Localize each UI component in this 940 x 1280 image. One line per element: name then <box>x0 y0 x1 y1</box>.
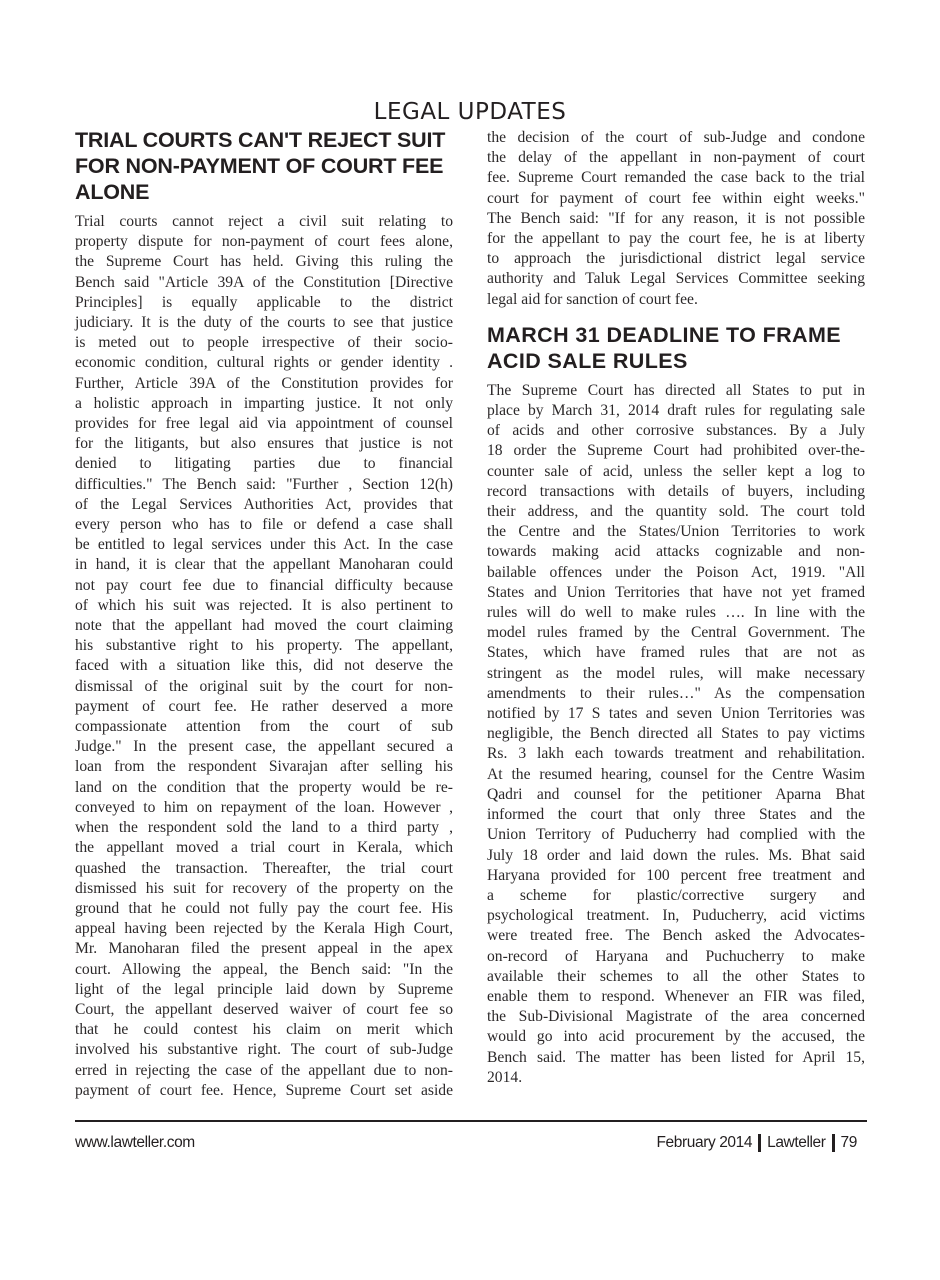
text-line: of which his suit was rejected. It is al… <box>75 596 453 616</box>
text-line: towards making acid attacks cognizable a… <box>487 542 865 562</box>
article-2-headline: MARCH 31 DEADLINE TO FRAME ACID SALE RUL… <box>487 322 865 374</box>
text-line: light of the legal principle laid down b… <box>75 980 453 1000</box>
text-line: counter sale of acid, unless the seller … <box>487 462 865 482</box>
section-title: LEGAL UPDATES <box>0 97 940 127</box>
text-line: land on the condition that the property … <box>75 778 453 798</box>
text-line: model rules framed by the Central Govern… <box>487 623 865 643</box>
text-line: when the respondent sold the land to a t… <box>75 818 453 838</box>
text-line: difficulties." The Bench said: "Further … <box>75 475 453 495</box>
text-line: amendments to their rules…" As the compe… <box>487 684 865 704</box>
headline-line: ACID SALE RULES <box>487 348 865 374</box>
text-line: his substantive right to his property. T… <box>75 636 453 656</box>
text-line: the Supreme Court has held. Giving this … <box>75 252 453 272</box>
text-line: place by March 31, 2014 draft rules for … <box>487 401 865 421</box>
text-line: Qadri and counsel for the petitioner Apa… <box>487 785 865 805</box>
text-line: the Sub-Divisional Magistrate of the are… <box>487 1007 865 1027</box>
text-line: provides for free legal aid via appointm… <box>75 414 453 434</box>
issue-date: February 2014 <box>656 1134 752 1152</box>
text-line: record transactions with details of buye… <box>487 482 865 502</box>
text-line: the decision of the court of sub-Judge a… <box>487 128 865 148</box>
article-2-body: The Supreme Court has directed all State… <box>487 381 865 1088</box>
text-line: a scheme for plastic/corrective surgery … <box>487 886 865 906</box>
text-line: the Centre and the States/Union Territor… <box>487 522 865 542</box>
text-line: bailable offences under the Poison Act, … <box>487 563 865 583</box>
text-line: the delay of the appellant in non-paymen… <box>487 148 865 168</box>
text-line: their address, and the quantity sold. Th… <box>487 502 865 522</box>
footer-separator <box>832 1134 835 1152</box>
text-line: stringent as the model rules, will make … <box>487 664 865 684</box>
text-line: Union Territory of Puducherry had compli… <box>487 825 865 845</box>
text-line: psychological treatment. In, Puducherry,… <box>487 906 865 926</box>
headline-line: MARCH 31 DEADLINE TO FRAME <box>487 322 865 348</box>
text-line: would go into acid procurement by the ac… <box>487 1027 865 1047</box>
text-line: for the appellant to pay the court fee, … <box>487 229 865 249</box>
text-line: Haryana provided for 100 percent free tr… <box>487 866 865 886</box>
text-line: that he could contest his claim on merit… <box>75 1020 453 1040</box>
text-line: fee. Supreme Court remanded the case bac… <box>487 168 865 188</box>
text-line: States, which have framed rules that are… <box>487 643 865 663</box>
article-1-body-continued: the decision of the court of sub-Judge a… <box>487 128 865 310</box>
text-line: available their schemes to all the other… <box>487 967 865 987</box>
text-line: dismissed his suit for recovery of the p… <box>75 879 453 899</box>
text-line: 2014. <box>487 1068 865 1088</box>
text-line: Trial courts cannot reject a civil suit … <box>75 212 453 232</box>
page-footer: www.lawteller.com February 2014 Lawtelle… <box>75 1134 857 1152</box>
text-line: conveyed to him on repayment of the loan… <box>75 798 453 818</box>
text-line: on-record of Haryana and Puchucherry to … <box>487 947 865 967</box>
text-line: in hand, it is clear that the appellant … <box>75 555 453 575</box>
text-line: were treated free. The Bench asked the A… <box>487 926 865 946</box>
text-line: At the resumed hearing, counsel for the … <box>487 765 865 785</box>
text-line: notified by 17 S tates and seven Union T… <box>487 704 865 724</box>
text-line: The Supreme Court has directed all State… <box>487 381 865 401</box>
text-line: Further, Article 39A of the Constitution… <box>75 374 453 394</box>
website-link[interactable]: www.lawteller.com <box>75 1134 195 1152</box>
text-line: negligible, the Bench directed all State… <box>487 724 865 744</box>
text-line: economic condition, cultural rights or g… <box>75 353 453 373</box>
text-line: court for payment of court fee within ei… <box>487 189 865 209</box>
text-line: loan from the respondent Sivarajan after… <box>75 757 453 777</box>
text-line: court. Allowing the appeal, the Bench sa… <box>75 960 453 980</box>
text-line: note that the appellant had moved the co… <box>75 616 453 636</box>
text-line: enable them to respond. Whenever an FIR … <box>487 987 865 1007</box>
text-line: The Bench said: "If for any reason, it i… <box>487 209 865 229</box>
text-line: a holistic approach in imparting justice… <box>75 394 453 414</box>
text-line: for the litigants, but also ensures that… <box>75 434 453 454</box>
text-line: of the Legal Services Authorities Act, p… <box>75 495 453 515</box>
text-line: legal aid for sanction of court fee. <box>487 290 865 310</box>
text-line: faced with a situation like this, did no… <box>75 656 453 676</box>
text-line: informed the court that only three State… <box>487 805 865 825</box>
footer-meta: February 2014 Lawteller 79 <box>656 1134 857 1152</box>
text-line: not pay court fee due to financial diffi… <box>75 576 453 596</box>
article-1-headline: TRIAL COURTS CAN'T REJECT SUIT FOR NON-P… <box>75 127 453 205</box>
text-line: erred in rejecting the case of the appel… <box>75 1061 453 1081</box>
text-line: property dispute for non-payment of cour… <box>75 232 453 252</box>
text-line: compassionate attention from the court o… <box>75 717 453 737</box>
headline-line: TRIAL COURTS CAN'T REJECT SUIT <box>75 127 453 153</box>
left-column: TRIAL COURTS CAN'T REJECT SUIT FOR NON-P… <box>75 127 453 1101</box>
text-line: dismissal of the original suit by the co… <box>75 677 453 697</box>
text-line: Rs. 3 lakh each towards treatment and re… <box>487 744 865 764</box>
text-line: States and Union Territories that have n… <box>487 583 865 603</box>
text-line: authority and Taluk Legal Services Commi… <box>487 269 865 289</box>
text-line: every person who has to file or defend a… <box>75 515 453 535</box>
text-line: denied to litigating parties due to fina… <box>75 454 453 474</box>
text-line: judiciary. It is the duty of the courts … <box>75 313 453 333</box>
text-line: is meted out to people irrespective of t… <box>75 333 453 353</box>
text-line: Judge." In the present case, the appella… <box>75 737 453 757</box>
text-line: be entitled to legal services under this… <box>75 535 453 555</box>
text-line: the appellant moved a trial court in Ker… <box>75 838 453 858</box>
text-line: July 18 order and laid down the rules. M… <box>487 846 865 866</box>
page-number: 79 <box>841 1134 857 1152</box>
text-line: of acids and other corrosive substances.… <box>487 421 865 441</box>
footer-divider <box>75 1120 867 1122</box>
headline-line: ALONE <box>75 179 453 205</box>
text-line: Principles] is equally applicable to the… <box>75 293 453 313</box>
text-line: involved his substantive right. The cour… <box>75 1040 453 1060</box>
text-line: 18 order the Supreme Court had prohibite… <box>487 441 865 461</box>
text-line: payment of court fee. He rather deserved… <box>75 697 453 717</box>
footer-separator <box>758 1134 761 1152</box>
text-line: Court, the appellant deserved waiver of … <box>75 1000 453 1020</box>
headline-line: FOR NON-PAYMENT OF COURT FEE <box>75 153 453 179</box>
text-line: appeal having been rejected by the Keral… <box>75 919 453 939</box>
text-line: to approach the jurisdictional district … <box>487 249 865 269</box>
text-line: rules will do well to make rules …. In l… <box>487 603 865 623</box>
text-line: Bench said "Article 39A of the Constitut… <box>75 273 453 293</box>
text-line: Mr. Manoharan filed the present appeal i… <box>75 939 453 959</box>
text-line: Bench said. The matter has been listed f… <box>487 1048 865 1068</box>
article-1-body: Trial courts cannot reject a civil suit … <box>75 212 453 1101</box>
text-line: payment of court fee. Hence, Supreme Cou… <box>75 1081 453 1101</box>
text-line: quashed the transaction. Thereafter, the… <box>75 859 453 879</box>
right-column: the decision of the court of sub-Judge a… <box>487 128 865 1088</box>
publication-name: Lawteller <box>767 1134 825 1152</box>
text-line: ground that he could not fully pay the c… <box>75 899 453 919</box>
